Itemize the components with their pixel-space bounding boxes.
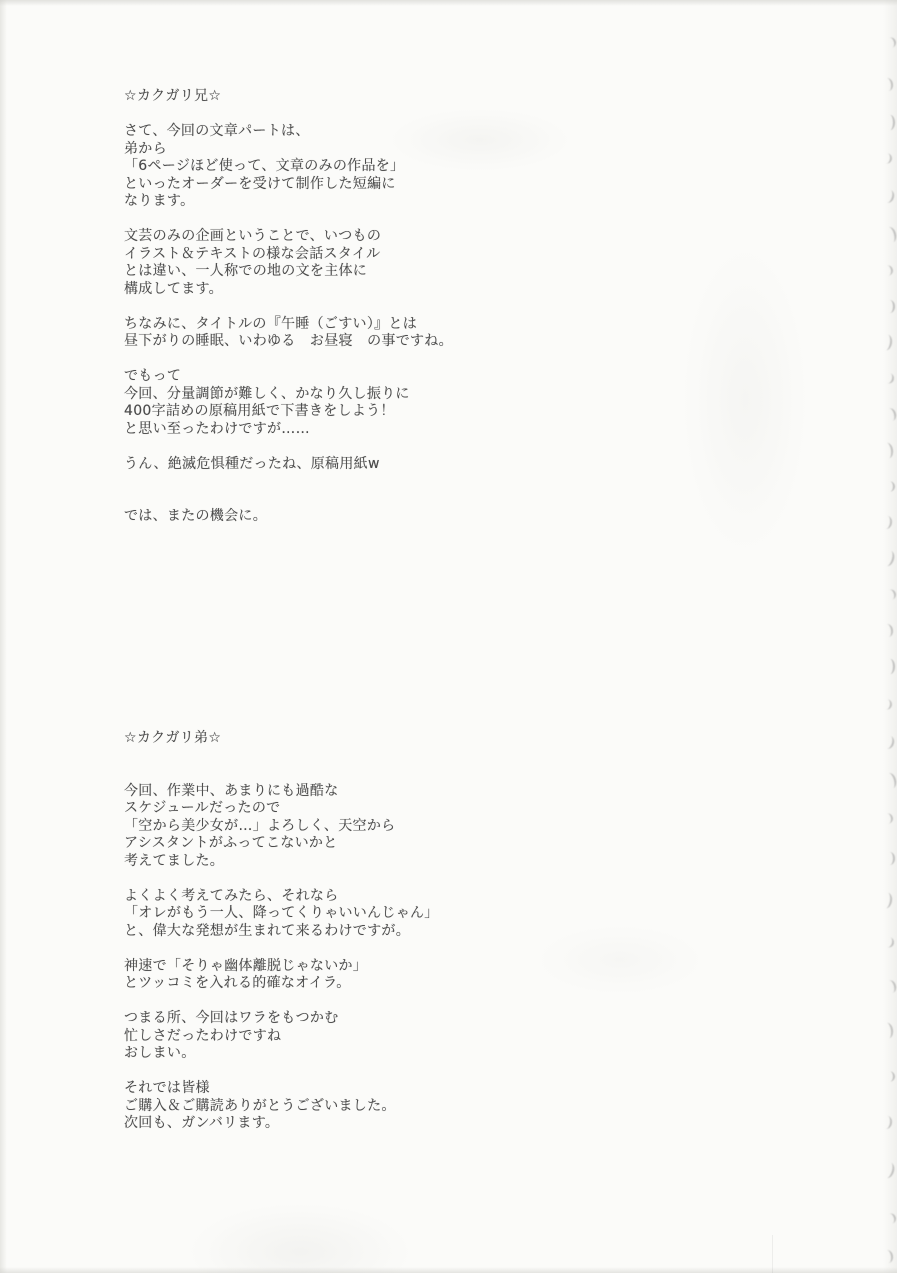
page-edge-mark <box>883 189 895 204</box>
page-edge-mark <box>882 515 893 529</box>
page-edge-mark <box>883 550 896 567</box>
page-edge-mark <box>886 588 897 600</box>
page-edge-mark <box>883 1162 896 1179</box>
page-edge-mark <box>885 407 897 422</box>
page-edge-mark <box>883 813 893 825</box>
page-edge-mark <box>883 623 894 637</box>
page-edge-mark <box>886 1071 895 1081</box>
scan-crease <box>772 1235 773 1273</box>
page-edge-mark <box>886 481 895 491</box>
page-edge-mark <box>882 699 892 711</box>
section-body-older-brother: さて、今回の文章パートは、 弟から 「6ページほど使って、文章のみの作品を」 と… <box>124 106 684 526</box>
section-heading-younger-brother: ☆カクガリ弟☆ <box>124 730 684 748</box>
section-heading-older-brother: ☆カクガリ兄☆ <box>124 88 684 106</box>
page-edge-mark <box>885 226 897 243</box>
page-edge-mark <box>886 300 895 313</box>
page-edge-mark <box>886 1212 897 1224</box>
page-edge-mark <box>886 36 897 48</box>
page-edge-mark <box>884 936 896 948</box>
page-edge-mark <box>884 372 896 384</box>
page-edge-mark <box>882 1115 893 1129</box>
afterword-section-younger-brother: ☆カクガリ弟☆ 今回、作業中、あまりにも過酷な スケジュールだったので 「空から… <box>124 730 684 1133</box>
page-edge-mark <box>885 772 897 789</box>
page-edge-mark <box>885 979 897 994</box>
page-edge-mark <box>886 115 895 131</box>
page-edge-mark <box>883 77 894 91</box>
page-edge-mark <box>883 1022 894 1039</box>
page-edge-mark <box>883 1249 894 1263</box>
afterword-section-older-brother: ☆カクガリ兄☆ さて、今回の文章パートは、 弟から 「6ページほど使って、文章の… <box>124 88 684 526</box>
page-edge-mark <box>886 852 895 865</box>
scanned-page: ☆カクガリ兄☆ さて、今回の文章パートは、 弟から 「6ページほど使って、文章の… <box>0 0 897 1273</box>
page-edge-mark <box>883 265 893 277</box>
page-edge-mark <box>886 659 895 675</box>
page-edge-mark <box>882 334 893 351</box>
page-edge-mark <box>882 892 893 909</box>
section-body-younger-brother: 今回、作業中、あまりにも過酷な スケジュールだったので 「空から美少女が…」よろ… <box>124 748 684 1133</box>
page-edge-mark <box>882 153 892 165</box>
page-edge-mark <box>883 735 895 750</box>
page-edge-mark <box>883 442 894 459</box>
